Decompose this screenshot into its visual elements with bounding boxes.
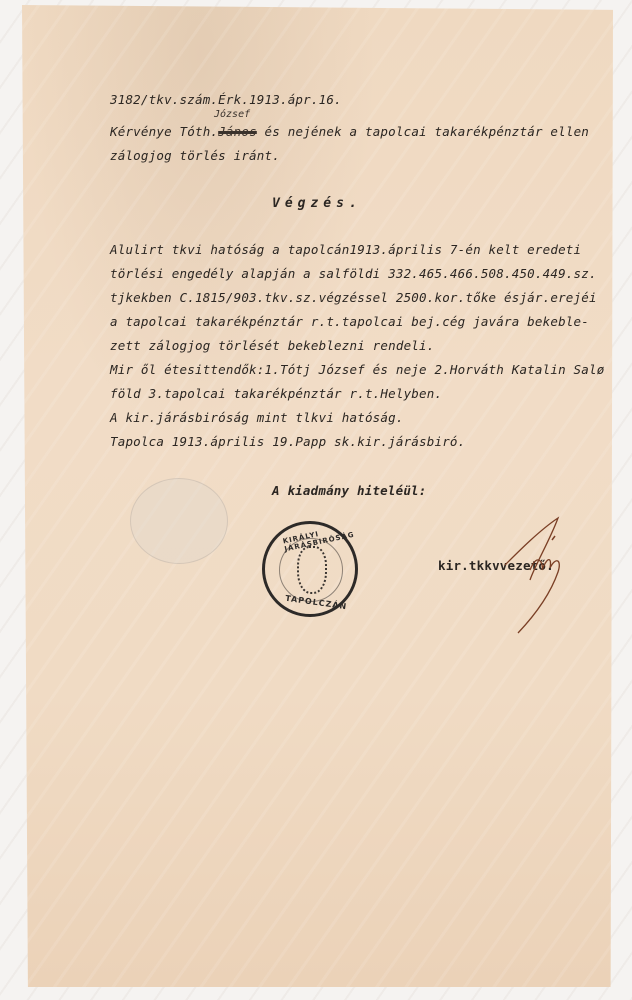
petition-prefix: Kérvénye Tóth. [110, 124, 218, 139]
body-line: a tapolcai takarékpénztár r.t.tapolcai b… [110, 314, 589, 329]
crown-crest-icon [297, 546, 327, 594]
body-line: Mir ől étesittendők:1.Tótj József és nej… [110, 362, 604, 377]
handwritten-signature-icon [500, 510, 570, 635]
certification-line: A kiadmány hiteléül: [272, 483, 427, 498]
court-stamp: KIRÁLYI JÁRÁSBIRÓSÁG TAPOLCZÁN [262, 521, 358, 617]
decision-heading: Végzés. [272, 196, 362, 211]
body-line: Alulirt tkvi hatóság a tapolcán1913.ápri… [110, 242, 581, 257]
body-line: törlési engedély alapján a salföldi 332.… [110, 266, 597, 281]
body-line: föld 3.tapolcai takarékpénztár r.t.Helyb… [110, 386, 442, 401]
body-line: A kir.járásbiróság mint tlkvi hatóság. [110, 410, 404, 425]
body-line: zett zálogjog törlését bekeblezni rendel… [110, 338, 434, 353]
inserted-name: József [214, 109, 250, 120]
petition-line-2: zálogjog törlés iránt. [110, 148, 280, 163]
petition-suffix: és nejének a tapolcai takarékpénztár ell… [265, 124, 589, 139]
reference-number: 3182/tkv.szám.Érk.1913.ápr.16. [110, 92, 342, 107]
petition-line-1: Kérvénye Tóth.János és nejének a tapolca… [110, 124, 589, 139]
body-line: tjkekben C.1815/903.tkv.sz.végzéssel 250… [110, 290, 597, 305]
faded-stamp-mark [130, 478, 228, 564]
body-line: Tapolca 1913.április 19.Papp sk.kir.járá… [110, 434, 465, 449]
struck-name: János [218, 124, 257, 139]
